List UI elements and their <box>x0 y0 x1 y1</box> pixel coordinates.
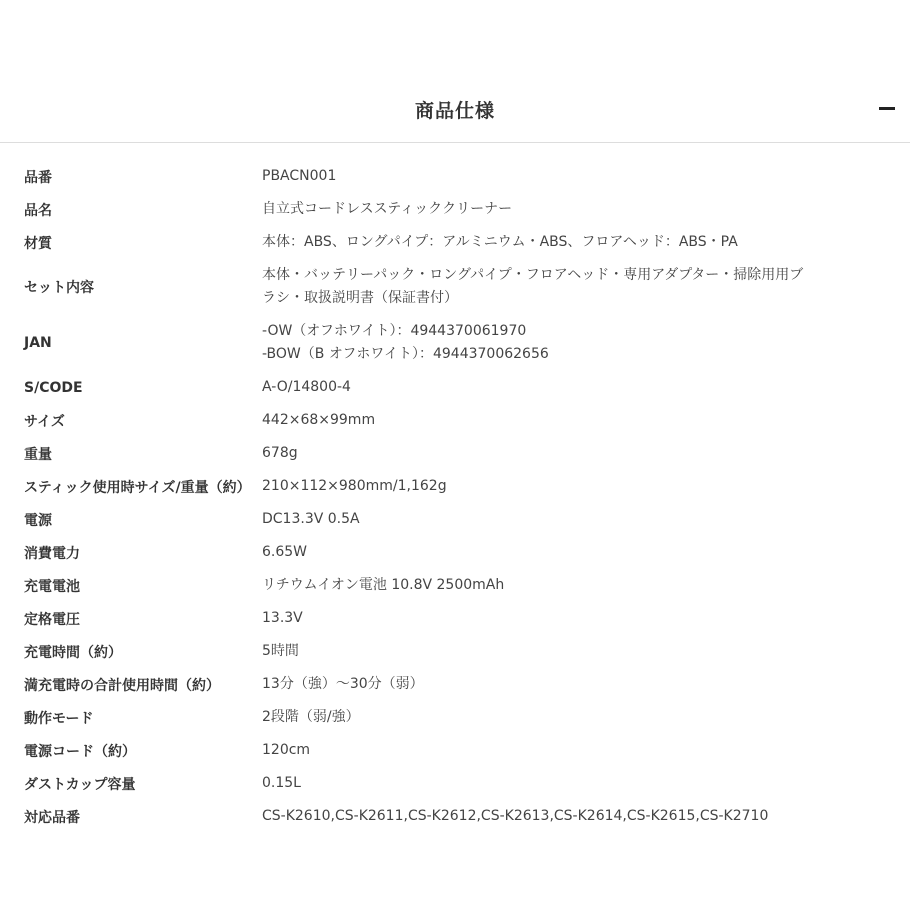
spec-row: 品名 自立式コードレススティッククリーナー <box>0 193 910 226</box>
spec-row: セット内容 本体・バッテリーパック・ロングパイプ・フロアヘッド・専用アダプター・… <box>0 259 910 315</box>
spec-value-line: 442×68×99mm <box>262 409 890 432</box>
spec-value: 本体：ABS、ロングパイプ：アルミニウム・ABS、フロアヘッド：ABS・PA <box>262 231 910 254</box>
spec-value-line: 13分（強）～30分（弱） <box>262 673 890 696</box>
spec-row: S/CODE A-O/14800-4 <box>0 371 910 404</box>
spec-label: 品名 <box>0 200 262 220</box>
spec-label: サイズ <box>0 411 262 431</box>
spec-value-line: 本体：ABS、ロングパイプ：アルミニウム・ABS、フロアヘッド：ABS・PA <box>262 231 890 254</box>
spec-label: セット内容 <box>0 277 262 297</box>
spec-row: JAN -OW（オフホワイト）：4944370061970 -BOW（B オフホ… <box>0 315 910 371</box>
spec-label: 充電時間（約） <box>0 642 262 662</box>
spec-value: DC13.3V 0.5A <box>262 508 910 531</box>
spec-value: 13.3V <box>262 607 910 630</box>
spec-value: A-O/14800-4 <box>262 376 910 399</box>
spec-value: 678g <box>262 442 910 465</box>
spec-value: CS-K2610,CS-K2611,CS-K2612,CS-K2613,CS-K… <box>262 805 910 828</box>
spec-value-line: 678g <box>262 442 890 465</box>
spec-label: 品番 <box>0 167 262 187</box>
spec-label: ダストカップ容量 <box>0 774 262 794</box>
spec-row: 充電電池 リチウムイオン電池 10.8V 2500mAh <box>0 569 910 602</box>
spec-row: 品番 PBACN001 <box>0 160 910 193</box>
spec-value-line: -BOW（B オフホワイト）：4944370062656 <box>262 343 890 366</box>
spec-value: 5時間 <box>262 640 910 663</box>
spec-value-line: A-O/14800-4 <box>262 376 890 399</box>
spec-value-line: 13.3V <box>262 607 890 630</box>
spec-value-line: DC13.3V 0.5A <box>262 508 890 531</box>
spec-value-line: 2段階（弱/強） <box>262 706 890 729</box>
spec-value-line: 自立式コードレススティッククリーナー <box>262 198 890 221</box>
spec-value-line: 本体・バッテリーパック・ロングパイプ・フロアヘッド・専用アダプター・掃除用用ブ <box>262 264 890 287</box>
spec-value: PBACN001 <box>262 165 910 188</box>
spec-table: 品番 PBACN001 品名 自立式コードレススティッククリーナー 材質 本体：… <box>0 160 910 833</box>
spec-row: 材質 本体：ABS、ロングパイプ：アルミニウム・ABS、フロアヘッド：ABS・P… <box>0 226 910 259</box>
spec-value-line: 5時間 <box>262 640 890 663</box>
spec-value: -OW（オフホワイト）：4944370061970 -BOW（B オフホワイト）… <box>262 320 910 366</box>
spec-row: 電源 DC13.3V 0.5A <box>0 503 910 536</box>
spec-row: 電源コード（約） 120cm <box>0 734 910 767</box>
spec-row: 対応品番 CS-K2610,CS-K2611,CS-K2612,CS-K2613… <box>0 800 910 833</box>
spec-value: 2段階（弱/強） <box>262 706 910 729</box>
spec-value-line: -OW（オフホワイト）：4944370061970 <box>262 320 890 343</box>
spec-label: 電源 <box>0 510 262 530</box>
spec-label: スティック使用時サイズ/重量（約） <box>0 477 262 497</box>
spec-value-line: ラシ・取扱説明書（保証書付） <box>262 287 890 310</box>
spec-value: リチウムイオン電池 10.8V 2500mAh <box>262 574 910 597</box>
spec-value: 210×112×980mm/1,162g <box>262 475 910 498</box>
spec-value: 自立式コードレススティッククリーナー <box>262 198 910 221</box>
spec-value: 442×68×99mm <box>262 409 910 432</box>
spec-label: 重量 <box>0 444 262 464</box>
spec-value: 13分（強）～30分（弱） <box>262 673 910 696</box>
spec-value-line: リチウムイオン電池 10.8V 2500mAh <box>262 574 890 597</box>
spec-row: 充電時間（約） 5時間 <box>0 635 910 668</box>
spec-row: 消費電力 6.65W <box>0 536 910 569</box>
spec-label: 材質 <box>0 233 262 253</box>
minus-icon[interactable] <box>879 107 895 110</box>
spec-row: 重量 678g <box>0 437 910 470</box>
spec-value: 本体・バッテリーパック・ロングパイプ・フロアヘッド・専用アダプター・掃除用用ブ … <box>262 264 910 310</box>
spec-row: 満充電時の合計使用時間（約） 13分（強）～30分（弱） <box>0 668 910 701</box>
spec-value-line: 6.65W <box>262 541 890 564</box>
spec-label: S/CODE <box>0 380 262 396</box>
spec-value-line: 120cm <box>262 739 890 762</box>
spec-row: スティック使用時サイズ/重量（約） 210×112×980mm/1,162g <box>0 470 910 503</box>
spec-label: 満充電時の合計使用時間（約） <box>0 675 262 695</box>
spec-label: 充電電池 <box>0 576 262 596</box>
spec-label: 対応品番 <box>0 807 262 827</box>
spec-value-line: 210×112×980mm/1,162g <box>262 475 890 498</box>
spec-value: 0.15L <box>262 772 910 795</box>
spec-row: 定格電圧 13.3V <box>0 602 910 635</box>
spec-label: 消費電力 <box>0 543 262 563</box>
spec-row: 動作モード 2段階（弱/強） <box>0 701 910 734</box>
spec-value: 120cm <box>262 739 910 762</box>
spec-label: JAN <box>0 335 262 351</box>
section-title: 商品仕様 <box>0 96 910 123</box>
spec-row: サイズ 442×68×99mm <box>0 404 910 437</box>
spec-label: 定格電圧 <box>0 609 262 629</box>
spec-value-line: CS-K2610,CS-K2611,CS-K2612,CS-K2613,CS-K… <box>262 805 890 828</box>
spec-label: 電源コード（約） <box>0 741 262 761</box>
spec-row: ダストカップ容量 0.15L <box>0 767 910 800</box>
spec-accordion-header[interactable]: 商品仕様 <box>0 80 910 143</box>
spec-value-line: PBACN001 <box>262 165 890 188</box>
spec-value: 6.65W <box>262 541 910 564</box>
spec-value-line: 0.15L <box>262 772 890 795</box>
spec-label: 動作モード <box>0 708 262 728</box>
